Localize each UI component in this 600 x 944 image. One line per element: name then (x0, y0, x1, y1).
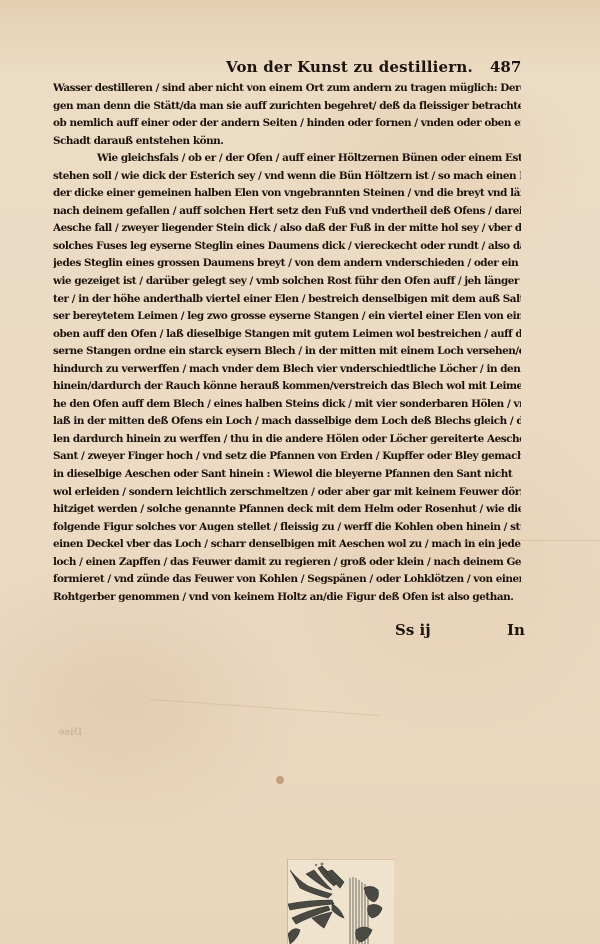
ink-stain (276, 776, 284, 784)
body-text: Wasser destilleren / sind aber nicht von… (53, 80, 521, 606)
catchword: In (507, 621, 525, 639)
text-line: ob nemlich auff einer oder der andern Se… (53, 115, 521, 133)
text-line: Wasser destilleren / sind aber nicht von… (53, 80, 521, 98)
book-page: Von der Kunst zu destilliern. 487 Wasser… (0, 0, 600, 944)
text-line: ser bereytetem Leimen / leg zwo grosse e… (53, 308, 521, 326)
text-line: stehen soll / wie dick der Esterich sey … (53, 168, 521, 186)
text-line: oben auff den Ofen / laß dieselbige Stan… (53, 326, 521, 344)
text-line: hindurch zu verwerffen / mach vnder dem … (53, 361, 521, 379)
page-footer: Ss ij In (395, 621, 535, 641)
text-line: hinein/dardurch der Rauch könne herauß k… (53, 378, 521, 396)
text-line: der dicke einer gemeinen halben Elen von… (53, 185, 521, 203)
text-line: formieret / vnd zünde das Feuwer von Koh… (53, 571, 521, 589)
text-line: ter / in der höhe anderthalb viertel ein… (53, 291, 521, 309)
paragraph-start-line: Wie gleichsfals / ob er / der Ofen / auf… (53, 150, 521, 168)
text-line: folgende Figur solches vor Augen stellet… (53, 519, 521, 537)
text-line: Schadt darauß entstehen könn. (53, 133, 521, 151)
text-line: jedes Steglin eines grossen Daumens brey… (53, 255, 521, 273)
text-line: serne Stangen ordne ein starck eysern Bl… (53, 343, 521, 361)
text-line: hitziget werden / solche genannte Pfanne… (53, 501, 521, 519)
text-line: solches Fuses leg eyserne Steglin eines … (53, 238, 521, 256)
text-line: wie gezeiget ist / darüber gelegt sey / … (53, 273, 521, 291)
text-line: wol erleiden / sondern leichtlich zersch… (53, 484, 521, 502)
text-line: einen Deckel vber das Loch / scharr dens… (53, 536, 521, 554)
text-line: len dardurch hinein zu werffen / thu in … (53, 431, 521, 449)
running-title: Von der Kunst zu destilliern. (226, 58, 473, 76)
page-header: Von der Kunst zu destilliern. 487 (0, 58, 600, 78)
text-line: laß in der mitten deß Ofens ein Loch / m… (53, 413, 521, 431)
text-line: nach deinem gefallen / auff solchen Hert… (53, 203, 521, 221)
text-line: in dieselbige Aeschen oder Sant hinein :… (53, 466, 521, 484)
paper-crease (150, 699, 380, 716)
show-through-text: Dise (58, 727, 82, 738)
text-line: Rohtgerber genommen / vnd von keinem Hol… (53, 589, 521, 607)
text-line: loch / einen Zapffen / das Feuwer damit … (53, 554, 521, 572)
signature-mark: Ss ij (395, 621, 431, 639)
text-line: Sant / zweyer Finger hoch / vnd setz die… (53, 448, 521, 466)
text-line: gen man denn die Stätt/da man sie auff z… (53, 98, 521, 116)
text-line: he den Ofen auff dem Blech / eines halbe… (53, 396, 521, 414)
woodcut-illustration (287, 859, 394, 944)
page-number: 487 (490, 58, 521, 76)
text-line: Aesche fall / zweyer liegender Stein dic… (53, 220, 521, 238)
plant-foliage-icon (288, 860, 394, 944)
